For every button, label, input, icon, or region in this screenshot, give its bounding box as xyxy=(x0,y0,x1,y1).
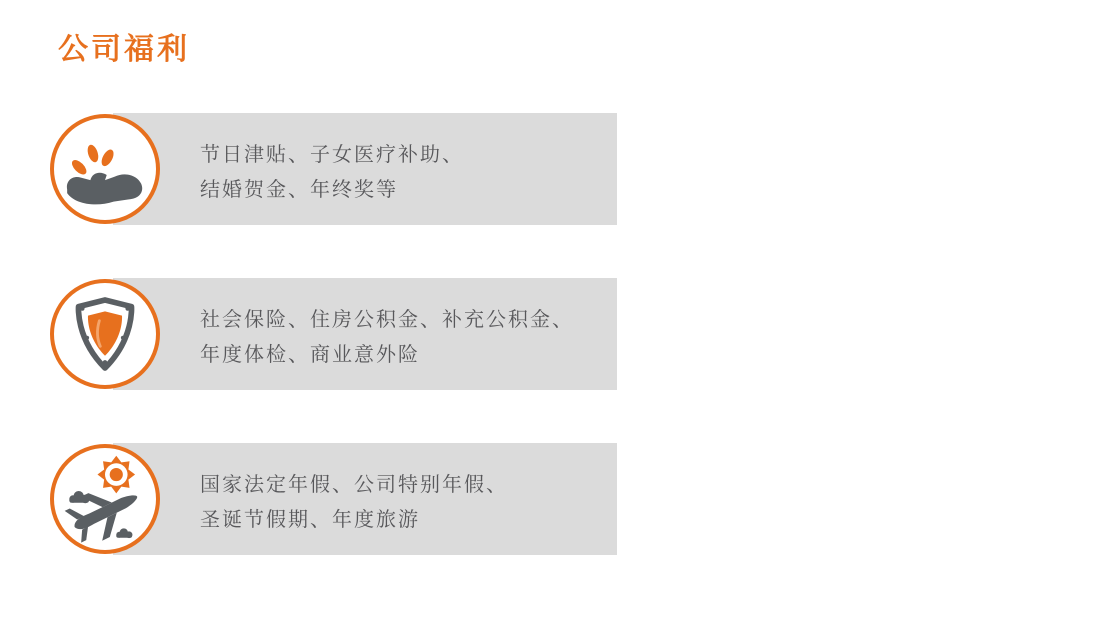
sun-icon xyxy=(97,456,135,494)
benefit-line: 社会保险、住房公积金、补充公积金、 xyxy=(200,302,574,337)
shield-icon xyxy=(71,295,139,373)
page-title: 公司福利 xyxy=(58,24,190,68)
coins-in-hand-icon xyxy=(62,129,148,209)
benefit-text: 社会保险、住房公积金、补充公积金、 年度体检、商业意外险 xyxy=(200,278,574,390)
benefit-icon-badge xyxy=(50,279,160,389)
benefit-text: 国家法定年假、公司特别年假、 圣诞节假期、年度旅游 xyxy=(200,443,508,555)
benefit-row-vacation: 国家法定年假、公司特别年假、 圣诞节假期、年度旅游 xyxy=(0,443,1093,555)
page: 公司福利 节日津贴、子女医疗补助、 结婚贺金、年终奖等 xyxy=(0,0,1093,628)
benefit-icon-badge xyxy=(50,114,160,224)
airplane-travel-icon xyxy=(58,452,152,546)
benefit-line: 国家法定年假、公司特别年假、 xyxy=(200,467,508,502)
benefit-line: 圣诞节假期、年度旅游 xyxy=(200,502,508,537)
benefit-line: 节日津贴、子女医疗补助、 xyxy=(200,137,464,172)
benefit-line: 结婚贺金、年终奖等 xyxy=(200,172,464,207)
benefit-row-insurance: 社会保险、住房公积金、补充公积金、 年度体检、商业意外险 xyxy=(0,278,1093,390)
benefit-text: 节日津贴、子女医疗补助、 结婚贺金、年终奖等 xyxy=(200,113,464,225)
benefit-line: 年度体检、商业意外险 xyxy=(200,337,574,372)
benefit-icon-badge xyxy=(50,444,160,554)
cloud-icon xyxy=(116,528,132,538)
benefit-row-allowances: 节日津贴、子女医疗补助、 结婚贺金、年终奖等 xyxy=(0,113,1093,225)
